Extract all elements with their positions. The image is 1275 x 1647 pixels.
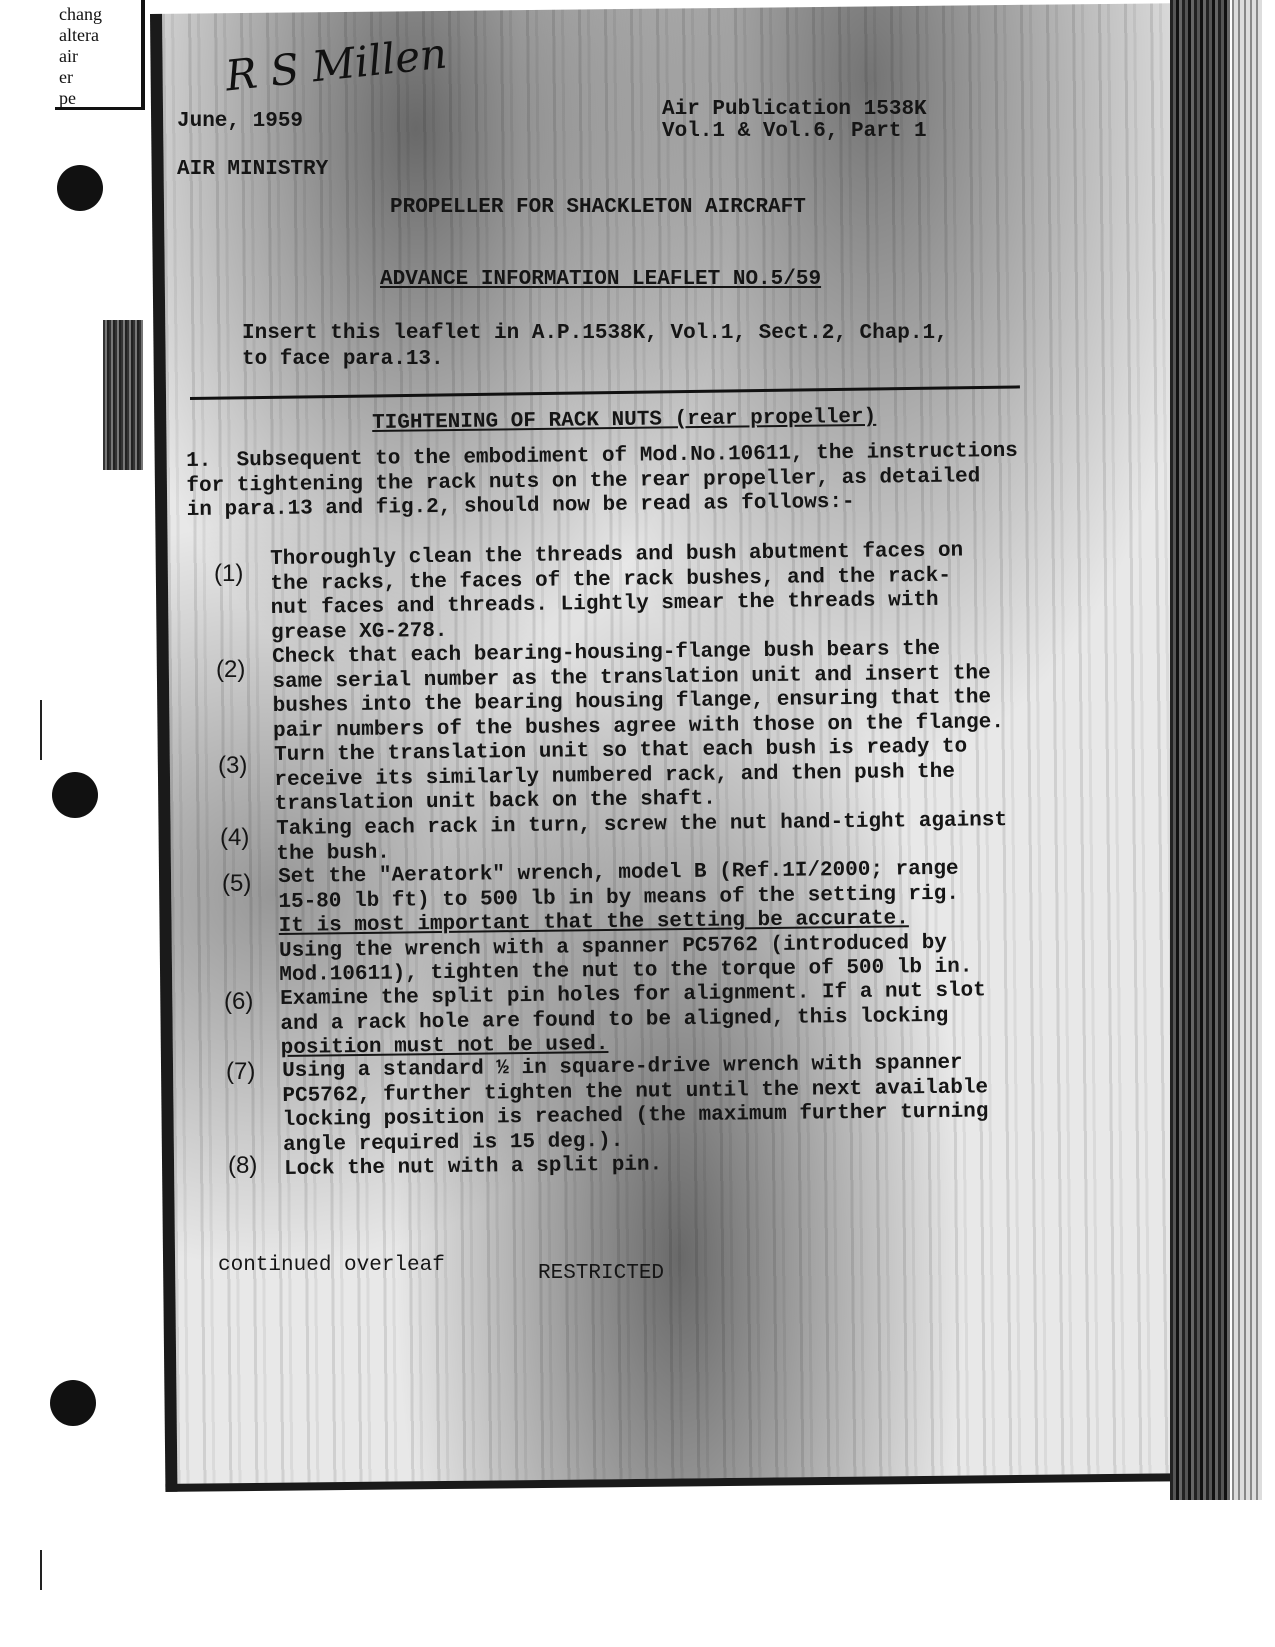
date: June, 1959 — [177, 110, 303, 134]
punch-hole — [52, 772, 98, 818]
step-1: Thoroughly clean the threads and bush ab… — [270, 539, 1031, 646]
step-number: (6) — [224, 988, 253, 1016]
punch-hole — [50, 1380, 96, 1426]
publication-number: Air Publication 1538K — [662, 98, 927, 122]
step-7: Using a standard ½ in square-drive wrenc… — [282, 1051, 1043, 1158]
fragment-line: er — [59, 67, 141, 88]
step-3: Turn the translation unit so that each b… — [274, 735, 1035, 818]
paragraph-1: 1. Subsequent to the embodiment of Mod.N… — [186, 440, 1019, 524]
margin-mark — [40, 1550, 50, 1590]
margin-mark — [40, 700, 50, 760]
paragraph-number: 1. — [186, 450, 211, 473]
binder-strip — [103, 320, 143, 470]
step-number: (4) — [220, 824, 249, 852]
previous-page-fragment: chang altera air er pe — [55, 0, 145, 110]
publication-volume: Vol.1 & Vol.6, Part 1 — [662, 120, 927, 144]
step-number: (2) — [216, 656, 245, 684]
step-5: Set the "Aeratork" wrench, model B (Ref.… — [278, 857, 1039, 989]
document-title: PROPELLER FOR SHACKLETON AIRCRAFT — [390, 196, 806, 220]
fragment-line: air — [59, 46, 141, 67]
step-6: Examine the split pin holes for alignmen… — [280, 979, 1041, 1062]
step-number: (3) — [218, 752, 247, 780]
step-number: (8) — [228, 1152, 257, 1180]
fragment-line: pe — [59, 88, 141, 109]
step-number: (1) — [214, 560, 243, 588]
step-number: (5) — [222, 870, 251, 898]
step-2: Check that each bearing-housing-flange b… — [272, 637, 1033, 744]
insert-instruction: Insert this leaflet in A.P.1538K, Vol.1,… — [242, 322, 948, 346]
insert-instruction: to face para.13. — [242, 348, 444, 372]
sheet-edge-shadow — [1170, 0, 1230, 1500]
continued-overleaf: continued overleaf — [218, 1254, 445, 1278]
step-number: (7) — [226, 1058, 255, 1086]
sheet-edge-shadow — [1232, 0, 1262, 1500]
department: AIR MINISTRY — [177, 158, 328, 182]
fragment-line: altera — [59, 25, 141, 46]
classification-marking: RESTRICTED — [538, 1262, 664, 1286]
leaflet-title: ADVANCE INFORMATION LEAFLET NO.5/59 — [380, 268, 821, 292]
punch-hole — [57, 165, 103, 211]
fragment-line: chang — [59, 4, 141, 25]
